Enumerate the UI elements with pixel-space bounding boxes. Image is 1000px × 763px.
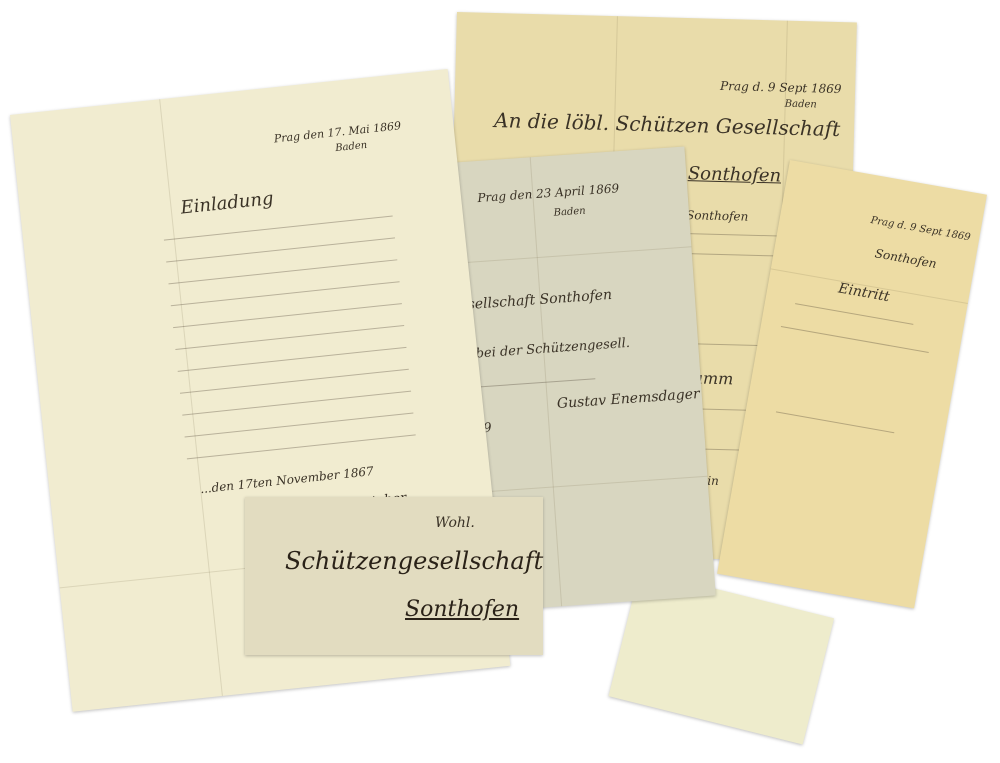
signature: Gustav Enemsdager: [556, 386, 700, 412]
handwriting-line: [182, 391, 411, 416]
handwriting-line: [185, 412, 414, 437]
body-fragment: Eintritt: [837, 280, 891, 305]
handwriting-line: [171, 281, 400, 306]
handwriting-line: [164, 216, 393, 241]
handwriting-line: [795, 303, 913, 325]
location: Sonthofen: [405, 597, 519, 622]
handwriting-line: [175, 325, 404, 350]
date-line: Prag den 17. Mai 1869: [273, 119, 401, 145]
date-line: Prag d. 9 Sept 1869: [720, 79, 842, 96]
handwriting-line: [166, 237, 395, 262]
envelope: Wohl. Schützengesellschaft Sonthofen: [245, 497, 543, 655]
handwriting-line: [173, 303, 402, 328]
date-line: Prag d. 9 Sept 1869: [870, 215, 972, 243]
addressee: Schützengesellschaft: [285, 547, 543, 575]
closing-date: ...den 17ten November 1867: [199, 464, 374, 496]
fold-line: [159, 99, 223, 696]
place: Baden: [785, 99, 817, 111]
envelope-line: Wohl.: [435, 515, 475, 531]
handwriting-line: [180, 369, 409, 394]
line: ...bei der Schützengesell.: [463, 336, 631, 363]
handwriting-line: [466, 378, 596, 388]
handwriting-line: [187, 434, 416, 459]
location: Sonthofen: [688, 163, 782, 186]
handwriting-line: [781, 326, 929, 353]
handwriting-line: [168, 259, 397, 284]
date-line: Prag den 23 April 1869: [477, 181, 620, 205]
salutation: An die löbl. Schützen Gesellschaft: [494, 108, 841, 141]
handwriting-line: [776, 411, 894, 433]
handwriting-line: [178, 347, 407, 372]
place: Baden: [335, 140, 368, 154]
heading: Einladung: [180, 188, 275, 219]
place: Baden: [553, 206, 586, 219]
body-fragment: Sonthofen: [874, 246, 938, 271]
